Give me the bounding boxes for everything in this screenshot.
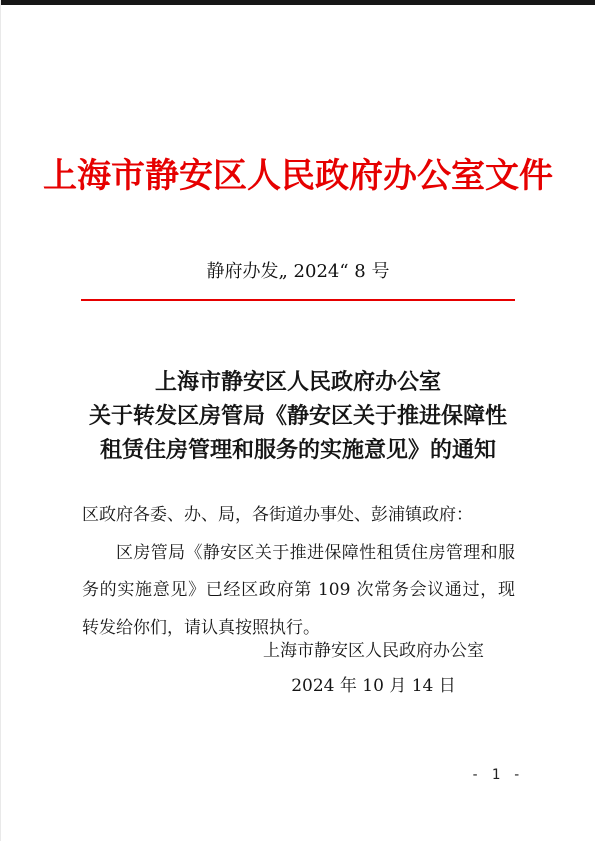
salutation-line: 区政府各委、办、局，各街道办事处、彭浦镇政府： [82,497,515,535]
notice-title-line-3: 租赁住房管理和服务的实施意见》的通知 [1,433,595,467]
signature-issuer: 上海市静安区人民政府办公室 [241,634,506,669]
red-divider-rule [81,299,515,301]
red-header-masthead: 上海市静安区人民政府办公室文件 [1,153,595,199]
signature-block: 上海市静安区人民政府办公室 2024 年 10 月 14 日 [241,634,506,704]
signature-date: 2024 年 10 月 14 日 [241,669,506,704]
document-body: 区政府各委、办、局，各街道办事处、彭浦镇政府： 区房管局《静安区关于推进保障性租… [82,497,515,647]
document-page: 上海市静安区人民政府办公室文件 静府办发„ 2024“ 8 号 上海市静安区人民… [0,0,595,841]
document-number: 静府办发„ 2024“ 8 号 [1,259,595,285]
scan-top-edge-artifact [1,0,595,5]
notice-title-line-2: 关于转发区房管局《静安区关于推进保障性 [1,399,595,433]
notice-title-line-1: 上海市静安区人民政府办公室 [1,365,595,399]
page-number: - 1 - [471,767,523,783]
body-paragraph: 区房管局《静安区关于推进保障性租赁住房管理和服务的实施意见》已经区政府第 109… [82,535,515,648]
notice-title: 上海市静安区人民政府办公室 关于转发区房管局《静安区关于推进保障性 租赁住房管理… [1,365,595,467]
